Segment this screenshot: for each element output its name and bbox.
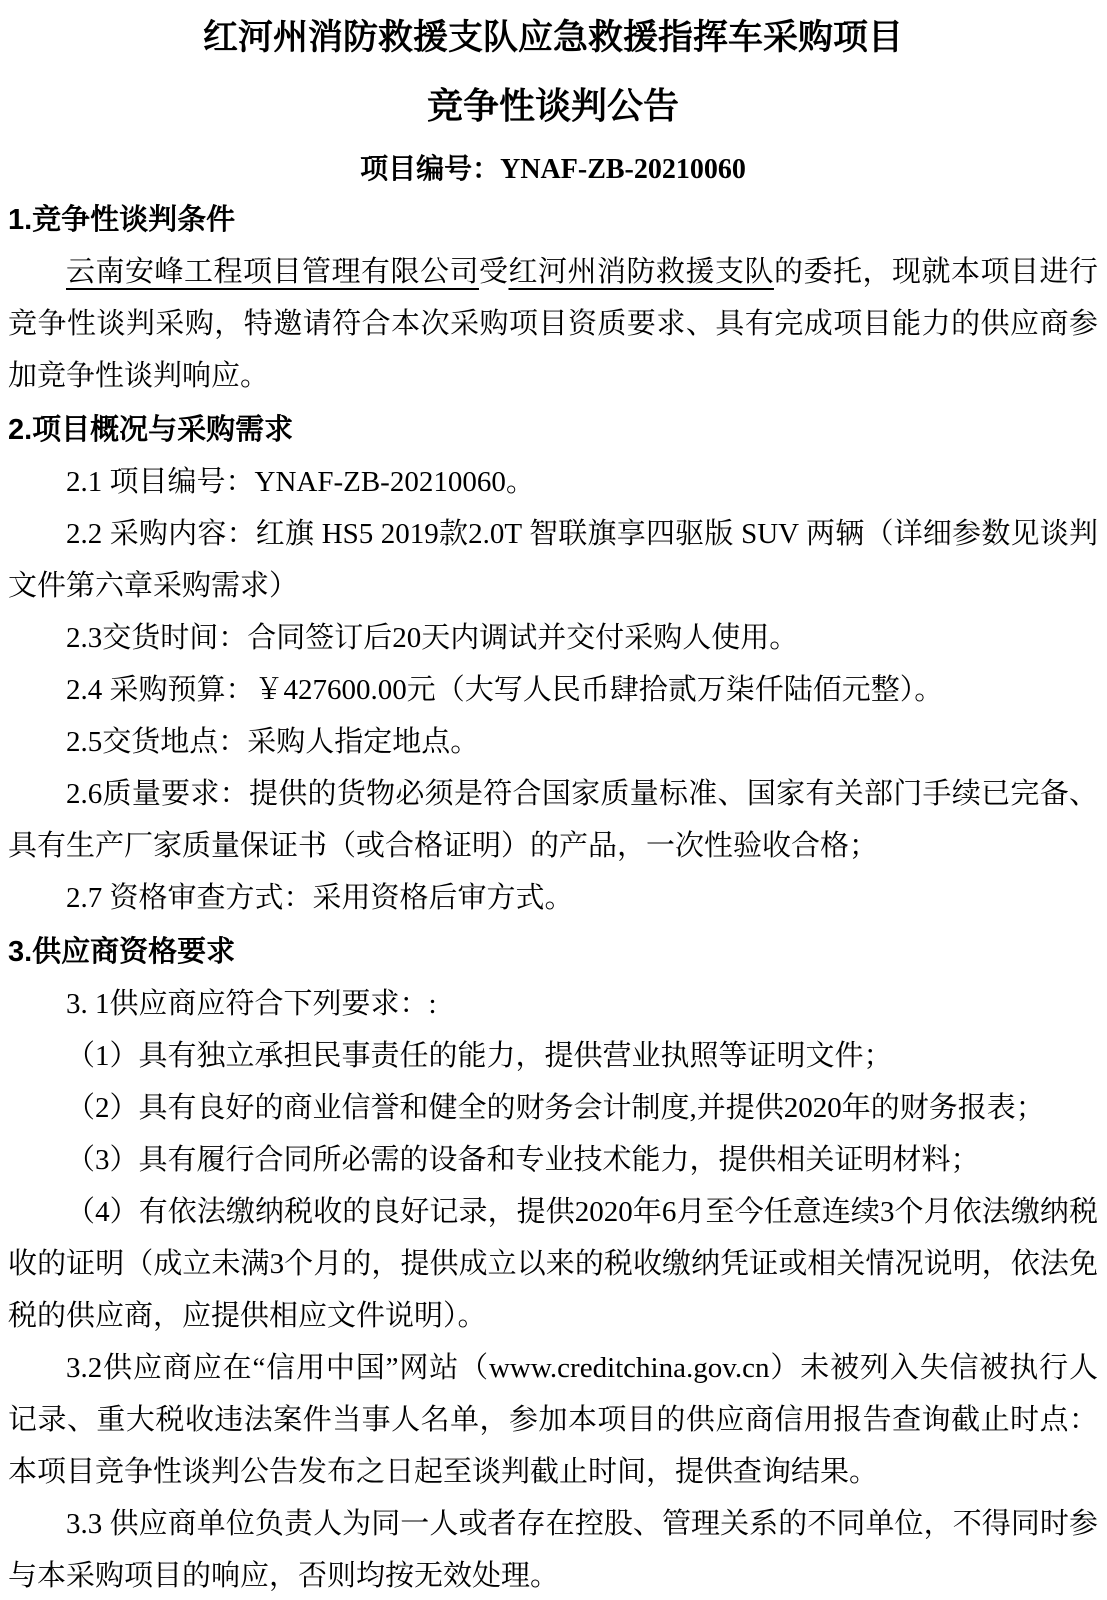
section-2-item-budget: 2.4 采购预算：￥427600.00元（大写人民币肆拾贰万柒仟陆佰元整）。 [8,664,1098,716]
agency-name-underlined: 云南安峰工程项目管理有限公司 [66,256,479,288]
section-3-item-same-person-rule: 3.3 供应商单位负责人为同一人或者存在控股、管理关系的不同单位，不得同时参与本… [8,1498,1098,1600]
section-2-item-qualification-review: 2.7 资格审查方式：采用资格后审方式。 [8,872,1098,924]
document-subtitle: 竞争性谈判公告 [8,80,1098,132]
document-title: 红河州消防救援支队应急救援指挥车采购项目 [8,12,1098,64]
section-3-heading: 3.供应商资格要求 [8,928,1098,976]
section-2-item-quality-requirement: 2.6质量要求：提供的货物必须是符合国家质量标准、国家有关部门手续已完备、具有生… [8,768,1098,872]
section-3-item-credit-china: 3.2供应商应在“信用中国”网站（www.creditchina.gov.cn）… [8,1342,1098,1498]
section-2-item-delivery-time: 2.3交货时间：合同签订后20天内调试并交付采购人使用。 [8,612,1098,664]
document-page: 红河州消防救援支队应急救援指挥车采购项目 竞争性谈判公告 项目编号：YNAF-Z… [0,0,1107,1600]
section-2-heading: 2.项目概况与采购需求 [8,406,1098,454]
intro-connector: 受 [479,256,509,288]
section-1-intro-paragraph: 云南安峰工程项目管理有限公司受红河州消防救援支队的委托，现就本项目进行竞争性谈判… [8,246,1098,402]
section-2-item-project-number: 2.1 项目编号：YNAF-ZB-20210060。 [8,456,1098,508]
section-3-requirement-4: （4）有依法缴纳税收的良好记录，提供2020年6月至今任意连续3个月依法缴纳税收… [8,1186,1098,1342]
section-3-requirement-1: （1）具有独立承担民事责任的能力，提供营业执照等证明文件； [8,1030,1098,1082]
section-2-item-delivery-place: 2.5交货地点：采购人指定地点。 [8,716,1098,768]
section-3-requirement-3: （3）具有履行合同所必需的设备和专业技术能力，提供相关证明材料； [8,1134,1098,1186]
section-1-heading: 1.竞争性谈判条件 [8,196,1098,244]
section-2-item-procurement-content: 2.2 采购内容：红旗 HS5 2019款2.0T 智联旗享四驱版 SUV 两辆… [8,508,1098,612]
purchaser-name-underlined: 红河州消防救援支队 [508,256,773,288]
section-3-item-requirements-lead: 3. 1供应商应符合下列要求：: [8,978,1098,1030]
section-3-requirement-2: （2）具有良好的商业信誉和健全的财务会计制度,并提供2020年的财务报表； [8,1082,1098,1134]
project-number: 项目编号：YNAF-ZB-20210060 [8,148,1098,192]
